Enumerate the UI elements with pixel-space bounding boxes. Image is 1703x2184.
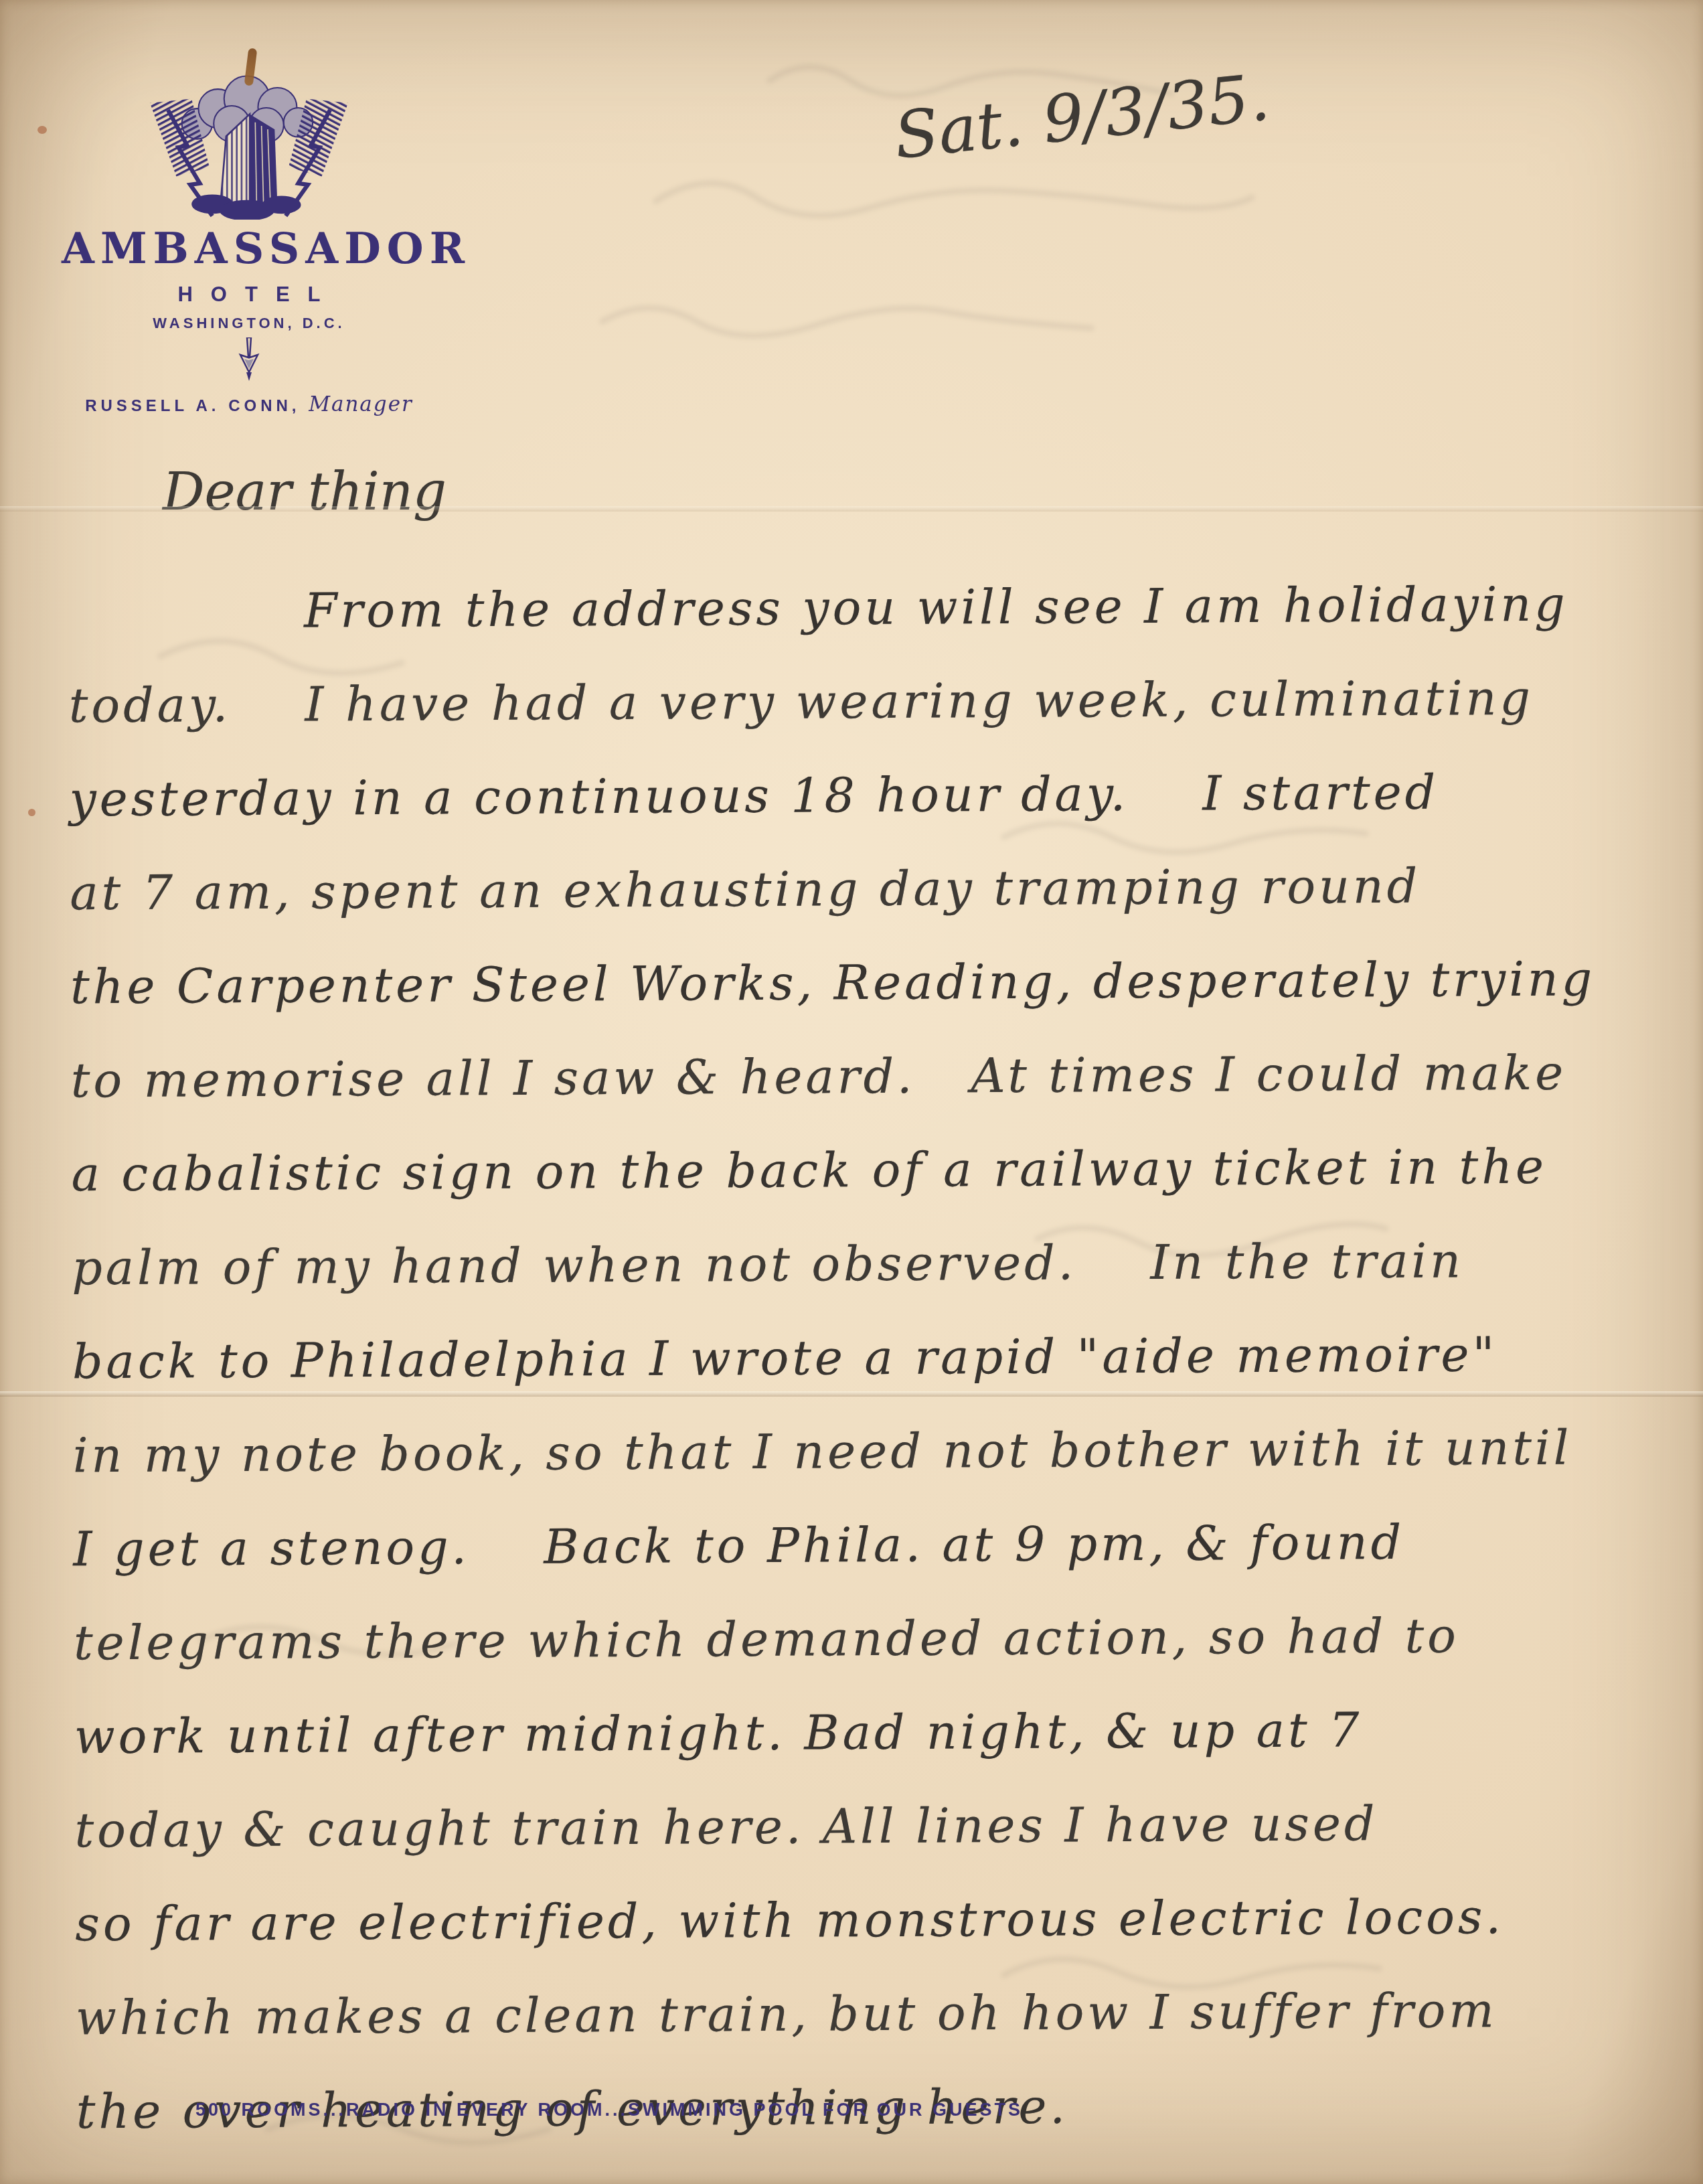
letter-line: today. I have had a very wearing week, c… <box>69 651 1690 753</box>
manager-line: RUSSELL A. CONN, Manager <box>62 392 436 416</box>
letter-line: palm of my hand when not observed. In th… <box>72 1213 1692 1316</box>
letter-page: AMBASSADOR HOTEL WASHINGTON, D.C. RUSSEL… <box>0 0 1703 2184</box>
letter-line: telegrams there which demanded action, s… <box>74 1588 1694 1691</box>
letter-line: work until after midnight. Bad night, & … <box>74 1682 1695 1784</box>
letter-date: Sat. 9/3/35. <box>891 60 1273 173</box>
letter-line: a cabalistic sign on the back of a railw… <box>71 1119 1692 1222</box>
letter-line: back to Philadelphia I wrote a rapid "ai… <box>72 1307 1693 1409</box>
manager-title: Manager <box>309 392 413 416</box>
letter-line: yesterday in a continuous 18 hour day. I… <box>69 745 1690 847</box>
letterhead: AMBASSADOR HOTEL WASHINGTON, D.C. RUSSEL… <box>62 74 436 416</box>
letter-line: to memorise all I saw & heard. At times … <box>70 1026 1691 1128</box>
letter-line: which makes a clean train, but oh how I … <box>76 1963 1696 2065</box>
letterhead-footer: 500 ROOMS...RADIO IN EVERY ROOM...SWIMMI… <box>195 2100 1079 2120</box>
hotel-logo <box>149 74 349 220</box>
hotel-city: WASHINGTON, D.C. <box>62 315 436 332</box>
letter-line: I get a stenog. Back to Phila. at 9 pm, … <box>73 1494 1694 1597</box>
hotel-word: HOTEL <box>62 283 436 307</box>
letter-line: the Carpenter Steel Works, Reading, desp… <box>70 932 1691 1034</box>
letter-body: From the address you will see I am holid… <box>68 557 1696 2159</box>
hotel-name: AMBASSADOR <box>62 224 436 273</box>
paper-spot <box>28 809 35 816</box>
down-arrow-icon <box>234 337 264 382</box>
letter-line: so far are electrified, with monstrous e… <box>75 1869 1696 1972</box>
letter-line: today & caught train here. All lines I h… <box>74 1776 1695 1878</box>
letter-line: in my note book, so that I need not both… <box>72 1401 1693 1503</box>
letter-line: From the address you will see I am holid… <box>68 557 1689 659</box>
paper-spot <box>37 126 47 134</box>
manager-name: RUSSELL A. CONN, <box>85 397 300 415</box>
letter-line: at 7 am, spent an exhausting day trampin… <box>70 838 1690 941</box>
salutation: Dear thing <box>163 462 447 522</box>
